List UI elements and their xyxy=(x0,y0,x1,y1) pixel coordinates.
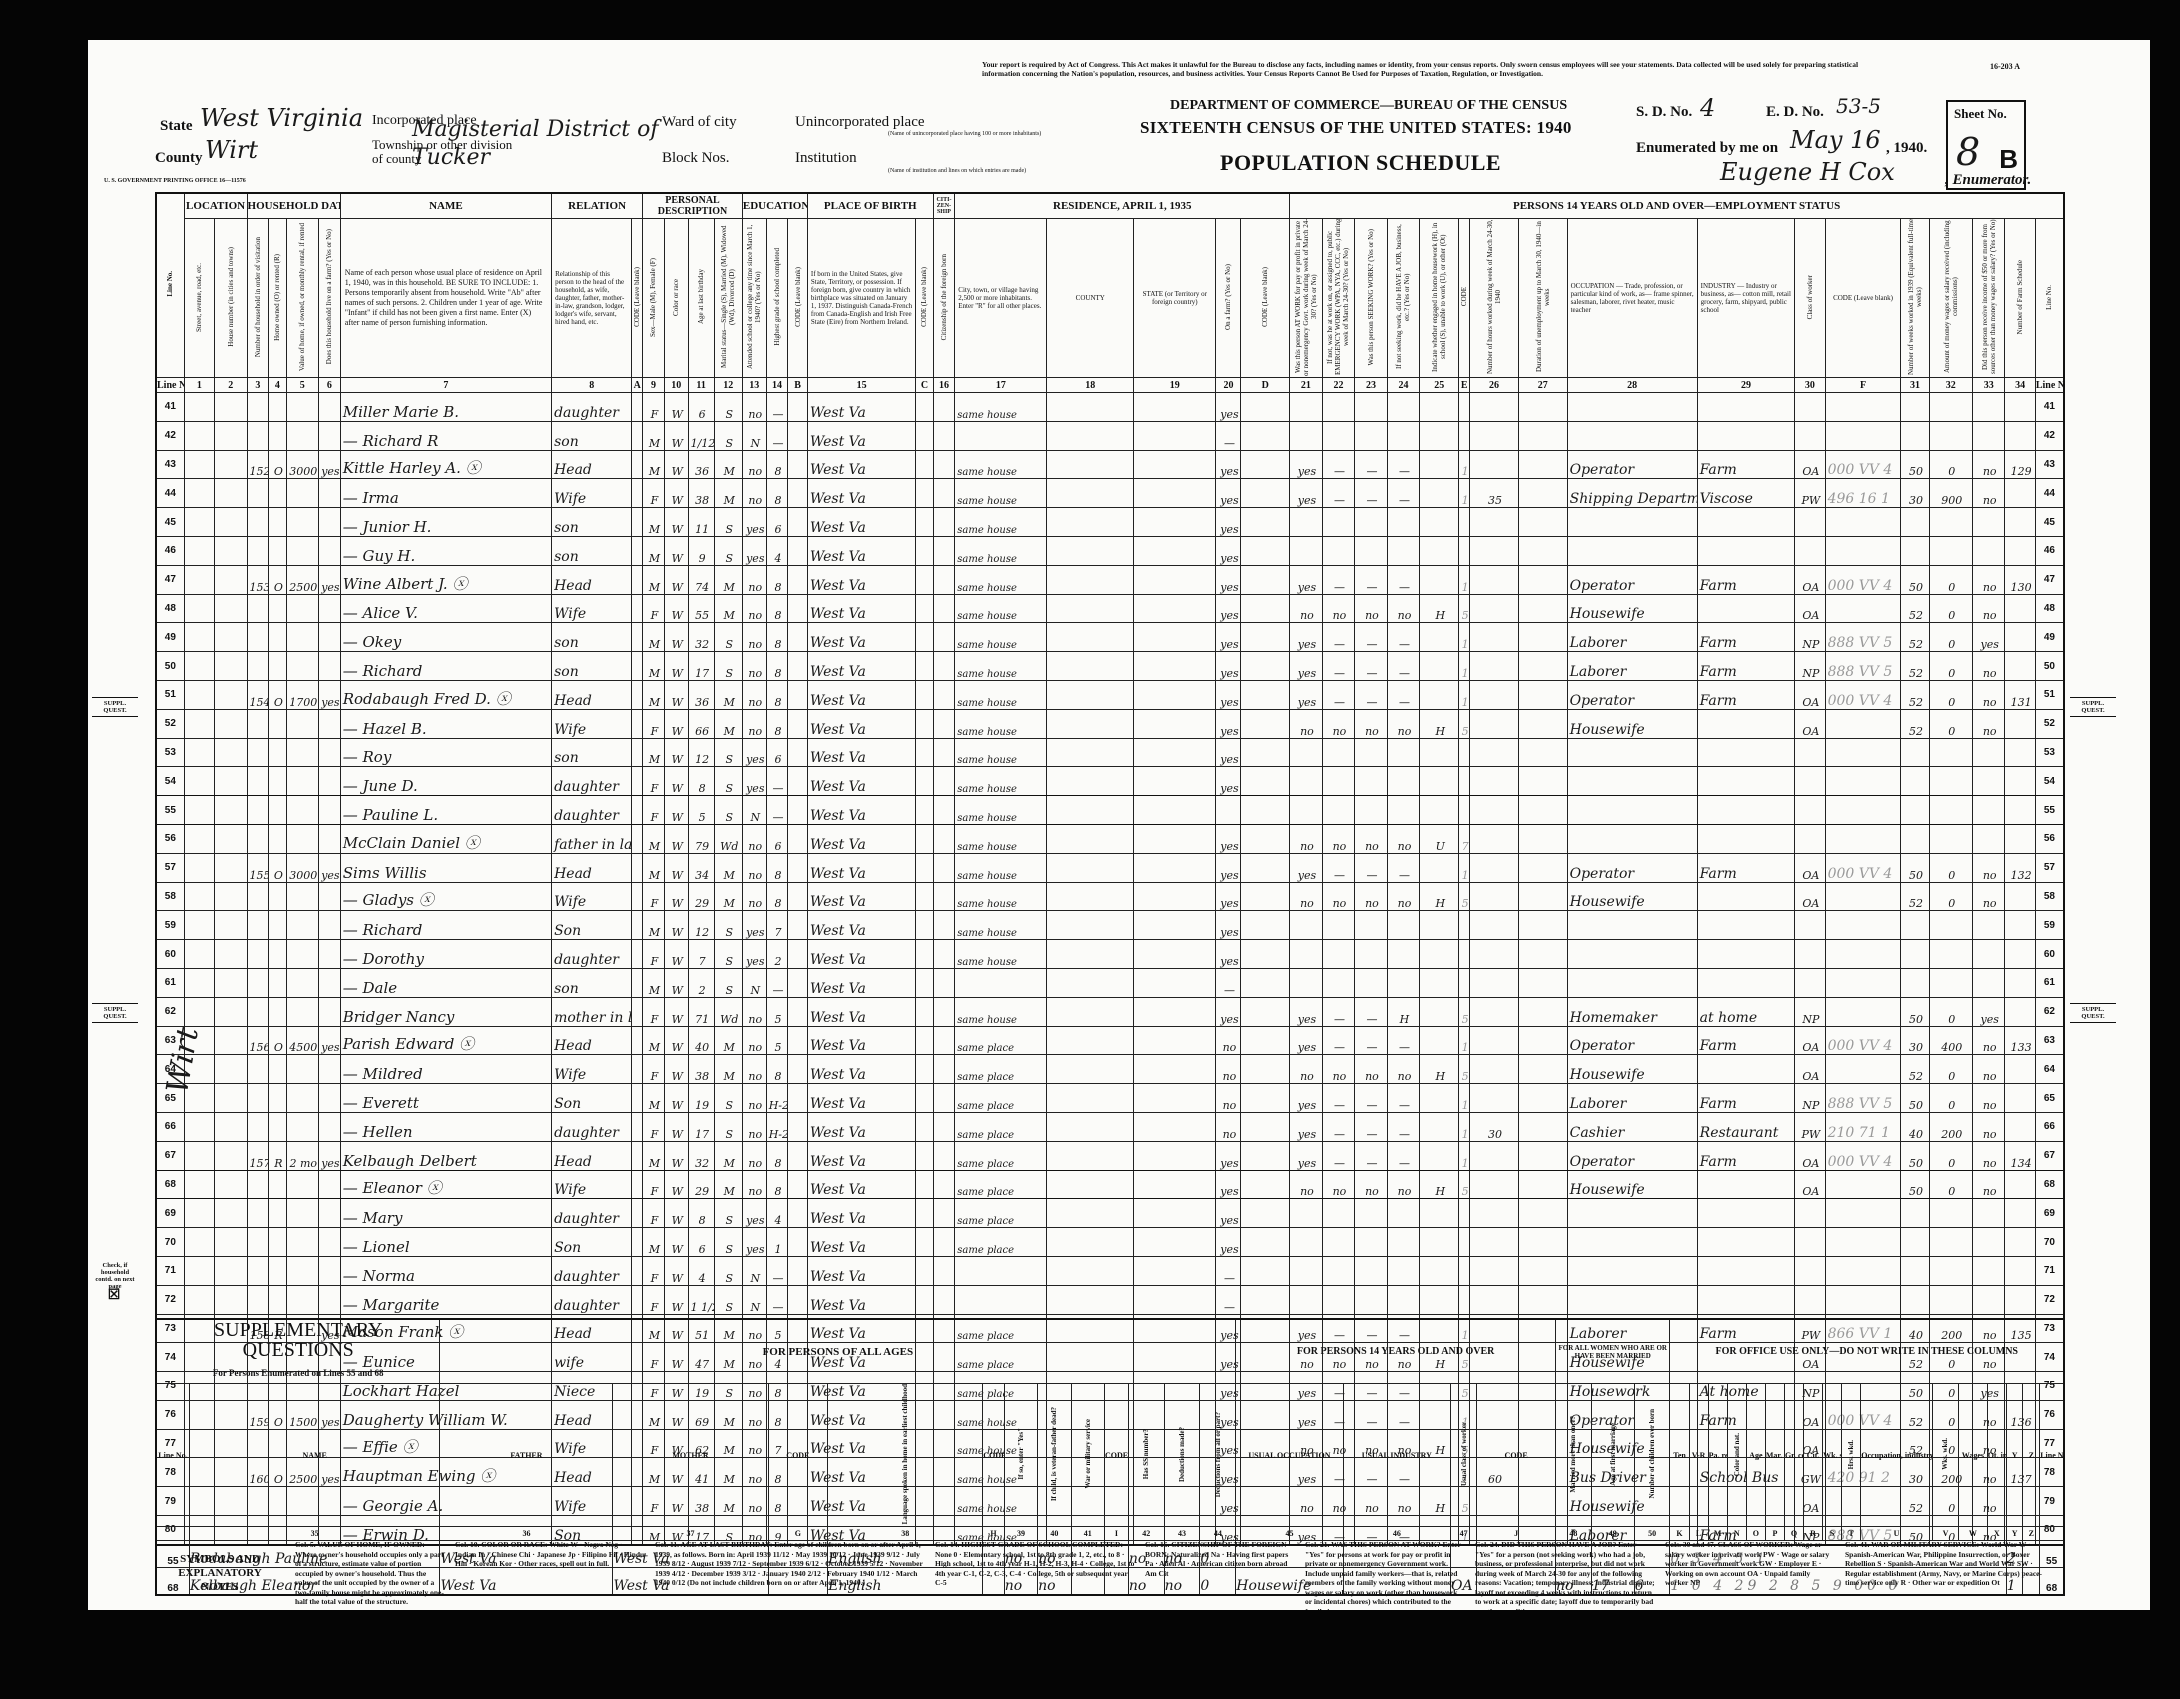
other-income: no xyxy=(1972,709,2005,738)
code-e xyxy=(1459,767,1470,796)
code-c-desc: CODE (Leave blank) xyxy=(916,219,933,378)
emergency-work xyxy=(1322,911,1355,940)
code-b xyxy=(788,421,808,450)
line-number: 67 xyxy=(156,1141,184,1170)
occupation: Operator xyxy=(1567,1141,1697,1170)
has-job: — xyxy=(1387,1112,1420,1141)
other-income: no xyxy=(1972,853,2005,882)
table-row: 65— EverettSonMW19SnoH-2West Vasame plac… xyxy=(156,1084,2064,1113)
code-b xyxy=(788,911,808,940)
street xyxy=(184,796,214,825)
industry: Farm xyxy=(1697,1141,1795,1170)
weeks-worked xyxy=(1901,393,1929,422)
line-number-right: 55 xyxy=(2035,796,2064,825)
hours-worked xyxy=(1470,767,1519,796)
relation: son xyxy=(552,623,632,652)
other-income xyxy=(1972,1228,2005,1257)
wages xyxy=(1929,796,1972,825)
table-row: 57155O3000yesSims WillisHeadMW34Mno8West… xyxy=(156,853,2064,882)
code-a xyxy=(632,997,643,1026)
column-number: 15 xyxy=(807,378,915,393)
occupation-code xyxy=(1825,393,1901,422)
residence-1935: same house xyxy=(955,738,1047,767)
occupation: Homemaker xyxy=(1567,997,1697,1026)
activity xyxy=(1420,479,1459,508)
has-job: — xyxy=(1387,680,1420,709)
residence-state xyxy=(1134,1199,1216,1228)
other-income xyxy=(1972,393,2005,422)
house-number xyxy=(215,450,248,479)
industry xyxy=(1697,536,1795,565)
code-a xyxy=(632,1256,643,1285)
wages: 0 xyxy=(1929,680,1972,709)
farm-schedule xyxy=(2005,911,2035,940)
at-work xyxy=(1290,767,1323,796)
code-d xyxy=(1241,968,1290,997)
attended-school: no xyxy=(742,997,766,1026)
household-number: 155 xyxy=(247,853,269,882)
code-a xyxy=(632,968,643,997)
code-b xyxy=(788,536,808,565)
grade-completed: 4 xyxy=(766,1199,788,1228)
household-number xyxy=(247,508,269,537)
column-number: D xyxy=(1241,378,1290,393)
occupation-code xyxy=(1825,738,1901,767)
citizenship xyxy=(933,1112,955,1141)
residence-state xyxy=(1134,911,1216,940)
race: W xyxy=(664,882,688,911)
attended-school: yes xyxy=(742,911,766,940)
birthplace-desc: If born in the United States, give State… xyxy=(807,219,915,378)
marital-status: S xyxy=(714,623,742,652)
seeking-work xyxy=(1355,393,1388,422)
class-of-worker: OA xyxy=(1795,450,1825,479)
industry xyxy=(1697,393,1795,422)
citizenship xyxy=(933,565,955,594)
occupation-code xyxy=(1825,1256,1901,1285)
street xyxy=(184,393,214,422)
relation: Head xyxy=(552,450,632,479)
attended-school: yes xyxy=(742,738,766,767)
activity xyxy=(1420,1026,1459,1055)
line-number: 61 xyxy=(156,968,184,997)
attended-school: no xyxy=(742,1112,766,1141)
code-d xyxy=(1241,853,1290,882)
person-name: — Richard xyxy=(340,652,551,681)
marital-status: S xyxy=(714,1228,742,1257)
residence-state-desc: STATE (or Territory or foreign country) xyxy=(1134,219,1216,378)
hours-worked xyxy=(1470,1285,1519,1314)
home-value: 4500 xyxy=(286,1026,319,1055)
household-number xyxy=(247,940,269,969)
residence-1935: same house xyxy=(955,565,1047,594)
race: W xyxy=(664,968,688,997)
class-of-worker: OA xyxy=(1795,680,1825,709)
unemployment-weeks xyxy=(1518,1199,1567,1228)
checkbox-icon[interactable]: ☒ xyxy=(104,1292,124,1299)
farm-schedule xyxy=(2005,536,2035,565)
has-job xyxy=(1387,1228,1420,1257)
person-name: Kittle Harley A. ⓧ xyxy=(340,450,551,479)
supp-col-number: U xyxy=(1861,1527,1933,1541)
birthplace: West Va xyxy=(807,1170,915,1199)
line-number-right: 57 xyxy=(2035,853,2064,882)
marital-status: S xyxy=(714,1084,742,1113)
industry xyxy=(1697,824,1795,853)
citizenship xyxy=(933,796,955,825)
unemployment-weeks xyxy=(1518,594,1567,623)
at-work xyxy=(1290,1256,1323,1285)
age: 36 xyxy=(688,450,714,479)
relation: daughter xyxy=(552,940,632,969)
institution-note: (Name of institution and lines on which … xyxy=(888,168,1026,174)
industry xyxy=(1697,882,1795,911)
other-income: no xyxy=(1972,1141,2005,1170)
age: 2 xyxy=(688,968,714,997)
owned-rented: O xyxy=(269,680,286,709)
code-a xyxy=(632,565,643,594)
birthplace: West Va xyxy=(807,1141,915,1170)
industry xyxy=(1697,738,1795,767)
seeking-work: no xyxy=(1355,1055,1388,1084)
occupation-code xyxy=(1825,1199,1901,1228)
house-number xyxy=(215,1228,248,1257)
residence-1935: same house xyxy=(955,824,1047,853)
relation: son xyxy=(552,968,632,997)
suppl-quest-marker-68: SUPPL. QUEST. xyxy=(92,1003,138,1023)
residence-farm: yes xyxy=(1216,652,1241,681)
marital-status: S xyxy=(714,940,742,969)
code-c xyxy=(916,508,933,537)
code-d xyxy=(1241,824,1290,853)
code-e: 5 xyxy=(1459,1055,1470,1084)
column-number: 14 xyxy=(766,378,788,393)
suppl-quest-marker-55-right: SUPPL. QUEST. xyxy=(2070,697,2116,717)
person-name: — Pauline L. xyxy=(340,796,551,825)
code-a xyxy=(632,450,643,479)
other-income xyxy=(1972,508,2005,537)
residence-state xyxy=(1134,709,1216,738)
owned-rented xyxy=(269,709,286,738)
unemployment-weeks xyxy=(1518,824,1567,853)
occupation-code: 000 VV 4 xyxy=(1825,1141,1901,1170)
institution-label: Institution xyxy=(795,150,857,167)
supp-number-row: 353637G38H394041I424344454647J484950KLMN… xyxy=(156,1527,2064,1541)
county-label: County xyxy=(155,150,203,167)
household-order-desc: Number of household in order of visitati… xyxy=(247,219,269,378)
occupation-code xyxy=(1825,1170,1901,1199)
marital-status: S xyxy=(714,508,742,537)
farm-household: yes xyxy=(319,1141,341,1170)
class-of-worker xyxy=(1795,940,1825,969)
birthplace: West Va xyxy=(807,738,915,767)
industry xyxy=(1697,508,1795,537)
code-c xyxy=(916,1285,933,1314)
age: 11 xyxy=(688,508,714,537)
household-number xyxy=(247,1170,269,1199)
attended-school: no xyxy=(742,565,766,594)
relation: son xyxy=(552,536,632,565)
code-c xyxy=(916,680,933,709)
residence-1935: same house xyxy=(955,911,1047,940)
occupation-code xyxy=(1825,796,1901,825)
line-no-header: Line No. xyxy=(156,193,184,378)
has-job: — xyxy=(1387,623,1420,652)
hours-worked xyxy=(1470,1141,1519,1170)
grade-completed: — xyxy=(766,968,788,997)
street xyxy=(184,450,214,479)
class-of-worker xyxy=(1795,1199,1825,1228)
occupation-code xyxy=(1825,997,1901,1026)
home-value xyxy=(286,940,319,969)
code-c xyxy=(916,421,933,450)
county-value: Wirt xyxy=(205,136,258,164)
farm-household xyxy=(319,1112,341,1141)
code-d xyxy=(1241,623,1290,652)
seeking-work: no xyxy=(1355,594,1388,623)
person-name: — Mildred xyxy=(340,1055,551,1084)
relation: son xyxy=(552,421,632,450)
industry: Farm xyxy=(1697,853,1795,882)
farm-household xyxy=(319,709,341,738)
owned-rented xyxy=(269,1285,286,1314)
relation: Wife xyxy=(552,1170,632,1199)
residence-1935: same house xyxy=(955,997,1047,1026)
activity xyxy=(1420,1112,1459,1141)
farm-schedule xyxy=(2005,594,2035,623)
note-col41: Col. 41. WAR OR MILITARY SERVICE: World … xyxy=(1845,1540,2045,1588)
seeking-work xyxy=(1355,940,1388,969)
sex: F xyxy=(643,1055,665,1084)
sex: F xyxy=(643,393,665,422)
person-name: — Everett xyxy=(340,1084,551,1113)
birthplace: West Va xyxy=(807,623,915,652)
home-value xyxy=(286,652,319,681)
code-b xyxy=(788,738,808,767)
race: W xyxy=(664,767,688,796)
house-number xyxy=(215,594,248,623)
residence-1935 xyxy=(955,1256,1047,1285)
home-value xyxy=(286,968,319,997)
other-income-desc: Did this person receive income of $50 or… xyxy=(1972,219,2005,378)
has-job: — xyxy=(1387,853,1420,882)
citizenship xyxy=(933,393,955,422)
grade-completed: 8 xyxy=(766,853,788,882)
weeks-worked: 50 xyxy=(1901,1141,1929,1170)
wages: 0 xyxy=(1929,709,1972,738)
have-job-desc: If not seeking work, did he HAVE A JOB, … xyxy=(1387,219,1420,378)
education-header: EDUCATION xyxy=(742,193,807,219)
household-number xyxy=(247,1199,269,1228)
emergency-work xyxy=(1322,738,1355,767)
code-e: 1 xyxy=(1459,623,1470,652)
note-col21: Col. 21. WAS THIS PERSON AT WORK? Enter … xyxy=(1305,1540,1465,1616)
street xyxy=(184,940,214,969)
residence-farm: yes xyxy=(1216,450,1241,479)
department-title: DEPARTMENT OF COMMERCE—BUREAU OF THE CEN… xyxy=(1170,98,1567,114)
age: 19 xyxy=(688,1084,714,1113)
emergency-work xyxy=(1322,1228,1355,1257)
age: 79 xyxy=(688,824,714,853)
age: 32 xyxy=(688,1141,714,1170)
table-row: 70— LionelSonMW6Syes1West Vasame placeye… xyxy=(156,1228,2064,1257)
line-number: 41 xyxy=(156,393,184,422)
table-row: 41Miller Marie B.daughterFW6Sno—West Vas… xyxy=(156,393,2064,422)
personal-description-header: PERSONAL DESCRIPTION xyxy=(643,193,743,219)
sd-label: S. D. No. xyxy=(1636,104,1692,121)
residence-1935: same place xyxy=(955,1199,1047,1228)
citizenship-desc: Citizenship of the foreign born xyxy=(933,219,955,378)
class-of-worker xyxy=(1795,1285,1825,1314)
code-e: 5 xyxy=(1459,882,1470,911)
wages: 0 xyxy=(1929,882,1972,911)
weeks-worked xyxy=(1901,508,1929,537)
column-number-row: Line No.12345678A91011121314B15C16171819… xyxy=(156,378,2064,393)
note-col24: Col. 24. DID THIS PERSON HAVE A JOB? Ent… xyxy=(1475,1540,1655,1616)
house-number xyxy=(215,680,248,709)
occupation xyxy=(1567,536,1697,565)
grade-completed: 8 xyxy=(766,1141,788,1170)
residence-state xyxy=(1134,450,1216,479)
code-e: 7 xyxy=(1459,824,1470,853)
residence-1935: same house xyxy=(955,393,1047,422)
suppl-quest-marker-55: SUPPL. QUEST. xyxy=(92,697,138,717)
code-b xyxy=(788,853,808,882)
street xyxy=(184,536,214,565)
birthplace: West Va xyxy=(807,940,915,969)
age: 12 xyxy=(688,911,714,940)
attended-school: N xyxy=(742,1285,766,1314)
farm-household xyxy=(319,824,341,853)
grade-completed: 6 xyxy=(766,738,788,767)
residence-county-desc: COUNTY xyxy=(1047,219,1134,378)
activity xyxy=(1420,1199,1459,1228)
activity xyxy=(1420,1084,1459,1113)
activity xyxy=(1420,997,1459,1026)
residence-state xyxy=(1134,680,1216,709)
supp-col-number: 37 xyxy=(613,1527,768,1541)
race: W xyxy=(664,1228,688,1257)
house-number xyxy=(215,709,248,738)
seeking-work: — xyxy=(1355,997,1388,1026)
house-number xyxy=(215,767,248,796)
code-e xyxy=(1459,421,1470,450)
owned-rented xyxy=(269,1170,286,1199)
emergency-work: no xyxy=(1322,1055,1355,1084)
age: 17 xyxy=(688,1112,714,1141)
occupation-code: 000 VV 4 xyxy=(1825,853,1901,882)
code-e xyxy=(1459,536,1470,565)
house-number xyxy=(215,1141,248,1170)
supp-col-number: V xyxy=(1932,1527,1958,1541)
continued-note: Check, if household contd. on next page xyxy=(92,1262,138,1290)
line-number-right: 46 xyxy=(2035,536,2064,565)
race: W xyxy=(664,940,688,969)
age: 8 xyxy=(688,1199,714,1228)
street xyxy=(184,1112,214,1141)
class-of-worker xyxy=(1795,508,1825,537)
person-name: — Junior H. xyxy=(340,508,551,537)
residence-farm: — xyxy=(1216,968,1241,997)
at-work: yes xyxy=(1290,450,1323,479)
activity xyxy=(1420,508,1459,537)
occupation-code xyxy=(1825,767,1901,796)
column-number: 30 xyxy=(1795,378,1825,393)
hours-worked xyxy=(1470,1170,1519,1199)
at-work xyxy=(1290,911,1323,940)
has-job xyxy=(1387,393,1420,422)
hours-worked xyxy=(1470,1199,1519,1228)
class-of-worker: OA xyxy=(1795,709,1825,738)
column-number: 8 xyxy=(552,378,632,393)
residence-farm: yes xyxy=(1216,1228,1241,1257)
supp-col-number: O xyxy=(1746,1527,1765,1541)
other-income: yes xyxy=(1972,623,2005,652)
has-job: no xyxy=(1387,1055,1420,1084)
class-worker-desc: Class of worker xyxy=(1795,219,1825,378)
supp-col-number: Z xyxy=(2023,1527,2040,1541)
weeks-worked-desc: Number of weeks worked in 1939 (Equivale… xyxy=(1901,219,1929,378)
hours-worked xyxy=(1470,997,1519,1026)
hours-worked xyxy=(1470,796,1519,825)
house-number xyxy=(215,1285,248,1314)
street xyxy=(184,968,214,997)
code-b xyxy=(788,1285,808,1314)
explanatory-notes: SYMBOLS AND EXPLANATORY NOTES Col. 5. VA… xyxy=(155,1540,2065,1610)
printing-office: U. S. GOVERNMENT PRINTING OFFICE 16—1157… xyxy=(104,178,246,184)
farm-household xyxy=(319,738,341,767)
occupation: Cashier xyxy=(1567,1112,1697,1141)
code-b xyxy=(788,796,808,825)
wages xyxy=(1929,393,1972,422)
table-row: 55— Pauline L.daughterFW5SN—West Vasame … xyxy=(156,796,2064,825)
industry xyxy=(1697,594,1795,623)
owned-rented: O xyxy=(269,450,286,479)
person-name: — Mary xyxy=(340,1199,551,1228)
marital-status: Wd xyxy=(714,997,742,1026)
supp-col-number: J xyxy=(1477,1527,1556,1541)
residence-farm: yes xyxy=(1216,853,1241,882)
seeking-work xyxy=(1355,738,1388,767)
residence-farm: no xyxy=(1216,1112,1241,1141)
hours-worked xyxy=(1470,738,1519,767)
residence-county xyxy=(1047,1228,1134,1257)
race: W xyxy=(664,911,688,940)
person-name: — Dorothy xyxy=(340,940,551,969)
owned-rented xyxy=(269,508,286,537)
attended-school: yes xyxy=(742,508,766,537)
grade-completed: 8 xyxy=(766,680,788,709)
person-name: — Okey xyxy=(340,623,551,652)
code-a xyxy=(632,1026,643,1055)
marital-status: M xyxy=(714,1055,742,1084)
wages: 0 xyxy=(1929,652,1972,681)
relation: Son xyxy=(552,1228,632,1257)
street-desc: Street, avenue, road, etc. xyxy=(184,219,214,378)
house-number xyxy=(215,882,248,911)
line-number-right: 61 xyxy=(2035,968,2064,997)
table-row: 66— HellendaughterFW17SnoH-2West Vasame … xyxy=(156,1112,2064,1141)
activity xyxy=(1420,1228,1459,1257)
sex: F xyxy=(643,1112,665,1141)
wages: 0 xyxy=(1929,594,1972,623)
farm-household: yes xyxy=(319,565,341,594)
code-e-desc: CODE xyxy=(1459,219,1470,378)
code-a xyxy=(632,680,643,709)
residence-farm: yes xyxy=(1216,623,1241,652)
attended-school: N xyxy=(742,968,766,997)
race: W xyxy=(664,853,688,882)
